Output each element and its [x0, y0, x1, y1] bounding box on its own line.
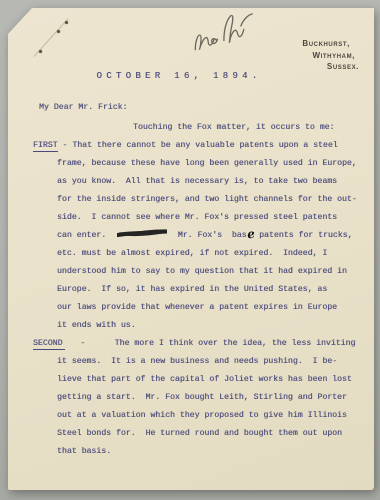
body-line: side. I cannot see where Mr. Fox's press…: [8, 209, 374, 227]
body-line: it ends with us.: [8, 317, 374, 335]
body-line: it seems. It is a new business and needs…: [8, 353, 374, 371]
ink-strikeout-icon: [117, 229, 167, 238]
handwritten-e-correction: e: [246, 229, 255, 238]
paragraph-label-first: FIRST: [33, 141, 58, 152]
body-line: Steel bonds for. He turned round and bou…: [8, 425, 374, 443]
body-line: out at a valuation which they proposed t…: [8, 407, 374, 425]
paragraph-second-line: SECOND - The more I think over the idea,…: [8, 335, 374, 353]
letter-paper-wrapper: Buckhurst, Withyham, Sussex. OCTOBER 16,…: [8, 8, 374, 490]
pencil-inscription-icon: [184, 13, 258, 53]
body-text: can enter.: [57, 231, 116, 240]
body-line-with-corrections: can enter. Mr. Fox's base patents for tr…: [8, 227, 374, 245]
body-text: The more I think over the idea, the less…: [115, 339, 356, 348]
letter-body: Touching the Fox matter, it occurs to me…: [8, 119, 374, 461]
body-line: lieve that part of the capital of Joliet…: [8, 371, 374, 389]
body-line: understood him to say to my question tha…: [8, 263, 374, 281]
label-separator: -: [65, 339, 114, 348]
paper-crease: [34, 18, 69, 57]
opening-line: Touching the Fox matter, it occurs to me…: [8, 119, 374, 137]
body-line: our laws provide that whenever a patent …: [8, 299, 374, 317]
body-text: patents for trucks,: [254, 231, 352, 240]
body-line: as you know. All that is necessary is, t…: [8, 173, 374, 191]
letterhead-line: Withyham,: [302, 50, 355, 62]
date-line: OCTOBER 16, 1894.: [0, 67, 362, 85]
body-text: That there cannot be any valuable patent…: [72, 141, 337, 150]
salutation: My Dear Mr. Frick:: [39, 99, 127, 117]
body-line: that basis.: [8, 443, 374, 461]
paragraph-label-second: SECOND: [33, 339, 65, 350]
body-line: Europe. If so, it has expired in the Uni…: [8, 281, 374, 299]
body-line: etc. must be almost expired, if not expi…: [8, 245, 374, 263]
body-text: Mr. Fox's bas: [168, 231, 247, 240]
photograph-background: Buckhurst, Withyham, Sussex. OCTOBER 16,…: [0, 0, 380, 500]
body-line: frame, because these have long been gene…: [8, 155, 374, 173]
body-line: getting a start. Mr. Fox bought Leith, S…: [8, 389, 374, 407]
letterhead-line: Buckhurst,: [302, 38, 350, 50]
label-separator: -: [58, 141, 73, 150]
paragraph-first-line: FIRST - That there cannot be any valuabl…: [8, 137, 374, 155]
body-line: for the inside stringers, and two light …: [8, 191, 374, 209]
letter-paper: Buckhurst, Withyham, Sussex. OCTOBER 16,…: [8, 8, 374, 490]
